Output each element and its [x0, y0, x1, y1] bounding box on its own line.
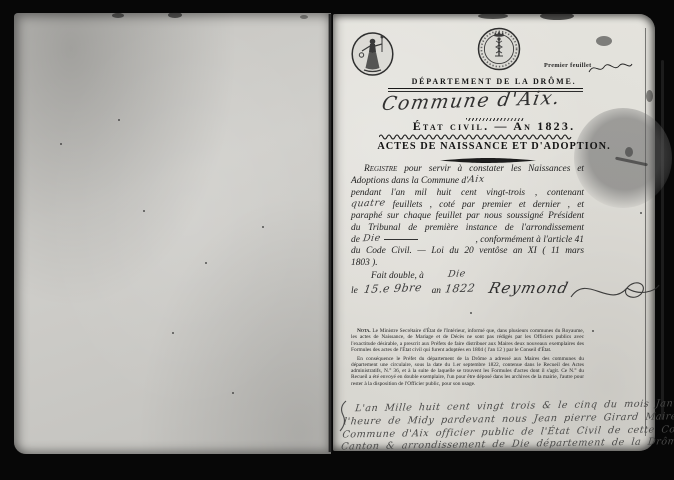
ink-blotch: [596, 36, 612, 46]
text-segment: Registre: [364, 164, 397, 174]
ink-blotch: [168, 12, 182, 18]
ink-speck: [640, 212, 642, 214]
premier-feuillet-note: Premier feuillet: [544, 62, 592, 69]
ink-speck: [262, 226, 264, 228]
date-signature-line: le 15.e 9bre an 1822 Reymond: [351, 283, 584, 297]
wavy-rule: [379, 132, 577, 141]
handwritten-date: 15.e 9bre: [363, 282, 423, 295]
handwritten-word: Die: [427, 268, 466, 281]
manuscript-act-block: L'an Mille huit cent vingt trois & le ci…: [340, 399, 655, 455]
ink-speck: [205, 262, 207, 264]
text-segment: pendant l'an mil huit cent vingt-trois ,…: [351, 188, 584, 198]
ink-blotch: [112, 13, 124, 18]
text-segment: 1803 ).: [351, 258, 378, 268]
registre-line: Registre pour servir à constater les Nai…: [351, 164, 584, 175]
ink-blotch: [300, 15, 308, 19]
page-stack-edge: [661, 60, 664, 420]
registre-paragraph: Registre pour servir à constater les Nai…: [351, 164, 584, 298]
signature-paraph-icon: [569, 279, 661, 309]
department-heading: DÉPARTEMENT DE LA DRÔME.: [333, 77, 655, 86]
registre-line: deDie, conformément à l'article 41: [351, 234, 584, 246]
nota-paragraph-2: En conséquence le Préfet du département …: [351, 356, 584, 387]
nota-block: Nota. Le Ministre Secrétaire d'État de l…: [351, 328, 584, 387]
signature: Reymond: [488, 283, 570, 294]
text-segment: de: [351, 235, 360, 246]
text-segment: feuillets , coté par premier et dernier …: [385, 200, 584, 210]
book-gutter: [328, 14, 332, 452]
crowned-revenue-stamp-icon: [476, 26, 522, 72]
scanned-register-page: Premier feuillet DÉPARTEMENT DE LA DRÔME…: [0, 0, 674, 480]
registre-line: 1803 ).: [351, 258, 584, 269]
ink-blotch: [540, 12, 574, 20]
text-segment: du Tribunal de première instance de l'ar…: [351, 223, 584, 233]
actes-title: ACTES DE NAISSANCE ET D'ADOPTION.: [333, 141, 655, 152]
ink-speck: [232, 392, 234, 394]
nota-text: Le Ministre Secrétaire d'État de l'Intér…: [351, 328, 584, 353]
registre-line: Adoptions dans la Commune d'Aix: [351, 175, 584, 187]
left-blank-page: [14, 13, 331, 454]
nota-text: En conséquence le Préfet du département …: [351, 356, 584, 387]
text-segment: le: [351, 286, 358, 297]
ink-speck: [470, 312, 472, 314]
text-segment: pour servir à constater les Naissances e…: [397, 164, 584, 174]
text-segment: du Code Civil. — Loi du 20 ventôse an XI…: [351, 246, 584, 256]
registre-line: paraphé sur chaque feuillet par nous sou…: [351, 211, 584, 222]
text-segment: paraphé sur chaque feuillet par nous sou…: [351, 211, 584, 221]
page-edge-line: [645, 28, 646, 436]
ink-speck: [172, 332, 174, 334]
ink-speck: [592, 330, 594, 332]
text-segment: Fait double, à: [371, 271, 424, 281]
handwritten-year: 1822: [444, 283, 476, 295]
registre-line: du Tribunal de première instance de l'ar…: [351, 223, 584, 234]
text-segment: Adoptions dans la Commune d': [351, 176, 468, 186]
justice-figure-seal-icon: [350, 30, 395, 78]
nota-paragraph-1: Nota. Le Ministre Secrétaire d'État de l…: [351, 328, 584, 353]
ink-speck: [143, 210, 145, 212]
handwritten-word: Die: [362, 233, 381, 245]
ink-blotch: [646, 90, 653, 102]
text-segment: an: [432, 286, 441, 297]
handwritten-word: quatre: [350, 197, 386, 210]
ink-speck: [60, 143, 62, 145]
handwritten-word: Aix: [467, 174, 485, 186]
ink-blotch: [478, 13, 508, 19]
handwritten-dash: [384, 239, 418, 240]
registre-line: du Code Civil. — Loi du 20 ventôse an XI…: [351, 246, 584, 257]
ink-speck: [118, 119, 120, 121]
registre-line: quatre feuillets , coté par premier et d…: [351, 199, 584, 211]
text-segment: , conformément à l'article 41: [476, 235, 585, 246]
